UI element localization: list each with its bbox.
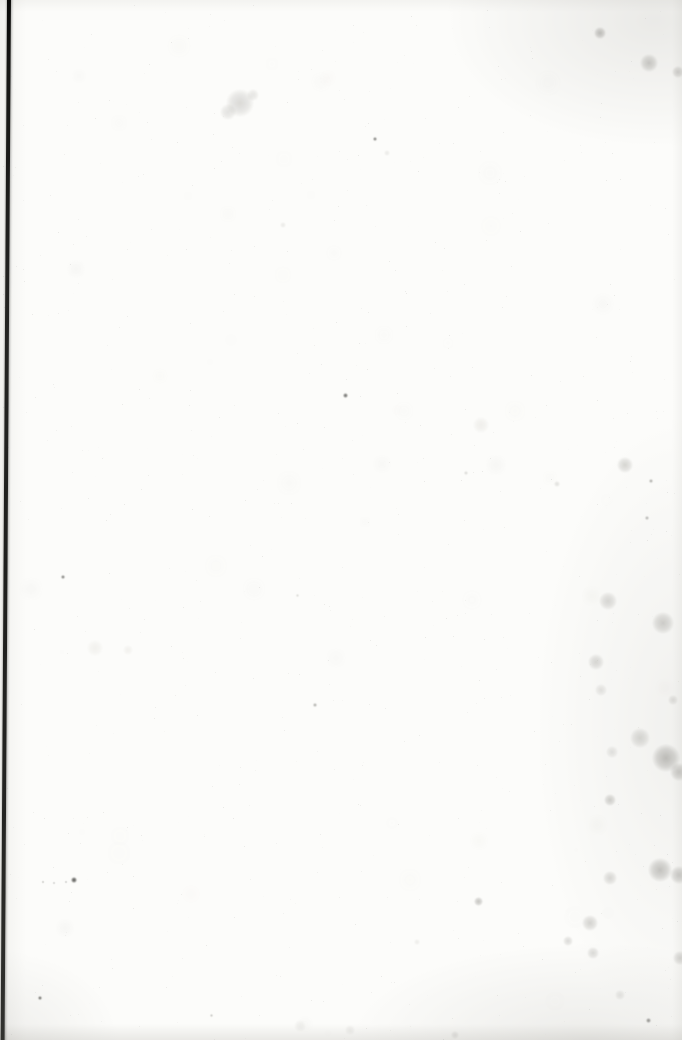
foxing-spot bbox=[652, 612, 674, 634]
foxing-spot bbox=[87, 640, 103, 656]
foxing-spot bbox=[38, 996, 42, 1000]
foxing-spot bbox=[210, 1014, 213, 1017]
foxing-spot bbox=[414, 939, 420, 945]
foxing-spot bbox=[294, 1020, 306, 1032]
foxing-spot bbox=[617, 457, 633, 473]
foxing-spot bbox=[615, 990, 625, 1000]
foxing-spot bbox=[53, 882, 55, 884]
foxing-spot bbox=[630, 728, 650, 748]
foxing-spot bbox=[673, 951, 682, 965]
foxing-spot bbox=[61, 575, 65, 579]
foxing-spot bbox=[668, 695, 678, 705]
foxing-spot bbox=[599, 592, 617, 610]
foxing-spot bbox=[220, 104, 236, 120]
foxing-spot bbox=[594, 27, 606, 39]
foxing-spot bbox=[563, 936, 573, 946]
foxing-spot bbox=[646, 1018, 651, 1023]
foxing-spot bbox=[649, 479, 652, 482]
foxing-spot bbox=[451, 1031, 459, 1039]
foxing-spot bbox=[123, 645, 133, 655]
grain-fine-layer bbox=[0, 0, 682, 1040]
foxing-spot bbox=[670, 866, 682, 884]
foxing-spot bbox=[595, 684, 607, 696]
foxing-spot bbox=[226, 89, 254, 117]
foxing-spot bbox=[384, 150, 390, 156]
foxing-spot bbox=[345, 1025, 355, 1035]
foxing-spot bbox=[373, 137, 377, 141]
foxing-spots-layer bbox=[0, 0, 682, 1040]
foxing-spot bbox=[554, 481, 560, 487]
foxing-spot bbox=[645, 516, 648, 519]
foxing-spot bbox=[587, 947, 599, 959]
grain-blotch-layer bbox=[0, 0, 682, 1040]
foxing-spot bbox=[65, 881, 67, 883]
foxing-spot bbox=[672, 66, 682, 78]
foxing-spot bbox=[670, 763, 682, 781]
foxing-spot bbox=[464, 471, 468, 475]
foxing-spot bbox=[606, 746, 618, 758]
foxing-spot bbox=[313, 703, 317, 707]
foxing-spot bbox=[603, 871, 617, 885]
foxing-spot bbox=[343, 393, 348, 398]
foxing-spot bbox=[247, 89, 259, 101]
foxing-spot bbox=[640, 54, 658, 72]
foxing-spot bbox=[71, 877, 77, 883]
foxing-spot bbox=[42, 881, 44, 883]
foxing-spot bbox=[473, 417, 489, 433]
scanned-book-page bbox=[0, 0, 682, 1040]
paper-speckle-texture bbox=[0, 0, 1, 1]
paper-mottle-texture bbox=[0, 0, 2, 2]
foxing-spot bbox=[588, 654, 604, 670]
foxing-spot bbox=[582, 915, 598, 931]
foxing-spot bbox=[604, 794, 616, 806]
foxing-spot bbox=[474, 897, 483, 906]
foxing-spot bbox=[648, 858, 672, 882]
foxing-spot bbox=[652, 744, 680, 772]
foxing-spot bbox=[296, 594, 299, 597]
binding-gutter-line bbox=[1, 0, 11, 1040]
foxing-spot bbox=[280, 222, 286, 228]
